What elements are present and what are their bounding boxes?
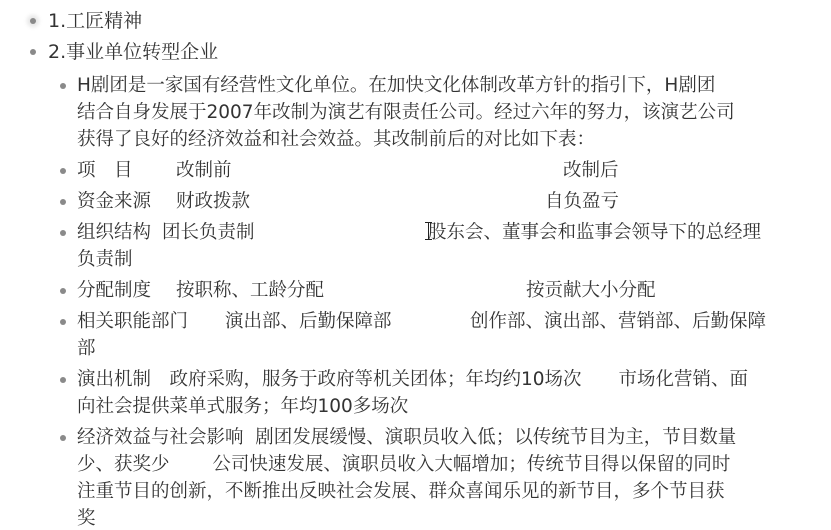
- row-after: 创作部、演出部、营销部、后勤保障: [470, 308, 766, 335]
- row-line-2: 向社会提供菜单式服务；年均100多场次: [77, 393, 815, 420]
- bullet-icon: [60, 230, 66, 236]
- bullet-icon: [30, 49, 36, 55]
- list-item-label: 2.事业单位转型企业: [48, 41, 218, 63]
- row-after-wrap: 负责制: [77, 246, 133, 273]
- row-line-4: 奖: [77, 505, 815, 530]
- bullet-icon: [60, 319, 66, 325]
- outline-level2-list: H剧团是一家国有经营性文化单位。在加快文化体制改革方针的指引下，H剧团 结合自身…: [0, 72, 831, 530]
- row-after-wrap: 部: [77, 335, 96, 362]
- slide-content: 1.工匠精神 2.事业单位转型企业 H剧团是一家国有经营性文化单位。在加快文化体…: [0, 0, 831, 530]
- row-item: 分配制度: [77, 277, 151, 304]
- intro-line-2: 结合自身发展于2007年改制为演艺有限责任公司。经过六年的努力，该演艺公司: [77, 99, 815, 126]
- row-line-1: 演出机制 政府采购，服务于政府等机关团体；年均约10场次 市场化营销、面: [77, 366, 815, 393]
- bullet-icon: [60, 377, 66, 383]
- list-item-label: 1.工匠精神: [48, 10, 142, 32]
- row-line-3: 注重节目的创新，不断推出反映社会发展、群众喜闻乐见的新节目，多个节目获: [77, 478, 815, 505]
- row-item: 相关职能部门: [77, 308, 188, 335]
- comparison-row-performance: 演出机制 政府采购，服务于政府等机关团体；年均约10场次 市场化营销、面 向社会…: [0, 366, 831, 420]
- header-item: 项 目: [77, 157, 133, 184]
- comparison-row-distribution: 分配制度 按职称、工龄分配 按贡献大小分配: [0, 277, 831, 304]
- row-line-2: 少、获奖少 公司快速发展、演职员收入大幅增加；传统节目得以保留的同时: [77, 451, 815, 478]
- comparison-row-impact: 经济效益与社会影响 剧团发展缓慢、演职员收入低；以传统节目为主，节目数量 少、获…: [0, 424, 831, 530]
- comparison-header-row: 项 目 改制前 改制后: [0, 157, 831, 184]
- bullet-icon: [60, 83, 66, 89]
- row-line-1: 经济效益与社会影响 剧团发展缓慢、演职员收入低；以传统节目为主，节目数量: [77, 424, 815, 451]
- row-before: 演出部、后勤保障部: [225, 308, 392, 335]
- row-after: 股东会、董事会和监事会领导下的总经理: [428, 219, 761, 246]
- bullet-icon: [60, 199, 66, 205]
- row-after: 按贡献大小分配: [526, 277, 656, 304]
- bullet-icon: [60, 435, 66, 441]
- row-before: 财政拨款: [176, 188, 250, 215]
- list-item-institution-transform: 2.事业单位转型企业: [0, 37, 831, 68]
- row-after: 自负盈亏: [545, 188, 619, 215]
- intro-line-1: H剧团是一家国有经营性文化单位。在加快文化体制改革方针的指引下，H剧团: [77, 72, 815, 99]
- bullet-icon: [60, 168, 66, 174]
- row-before: 按职称、工龄分配: [176, 277, 324, 304]
- header-after: 改制后: [563, 157, 619, 184]
- list-item-craftsman-spirit: 1.工匠精神: [0, 6, 831, 37]
- row-before: 团长负责制: [162, 219, 255, 246]
- intro-paragraph: H剧团是一家国有经营性文化单位。在加快文化体制改革方针的指引下，H剧团 结合自身…: [0, 72, 831, 153]
- outline-level1-list: 1.工匠精神 2.事业单位转型企业: [0, 6, 831, 68]
- bullet-icon: [30, 18, 36, 24]
- header-before: 改制前: [176, 157, 232, 184]
- bullet-icon: [60, 288, 66, 294]
- intro-line-3: 获得了良好的经济效益和社会效益。其改制前后的对比如下表：: [77, 126, 815, 153]
- comparison-row-org-structure: 组织结构 团长负责制 股东会、董事会和监事会领导下的总经理 负责制: [0, 219, 831, 273]
- row-item: 资金来源: [77, 188, 151, 215]
- row-item: 组织结构: [77, 219, 151, 246]
- comparison-row-departments: 相关职能部门 演出部、后勤保障部 创作部、演出部、营销部、后勤保障 部: [0, 308, 831, 362]
- text-cursor-icon: [428, 222, 431, 240]
- comparison-row-funding: 资金来源 财政拨款 自负盈亏: [0, 188, 831, 215]
